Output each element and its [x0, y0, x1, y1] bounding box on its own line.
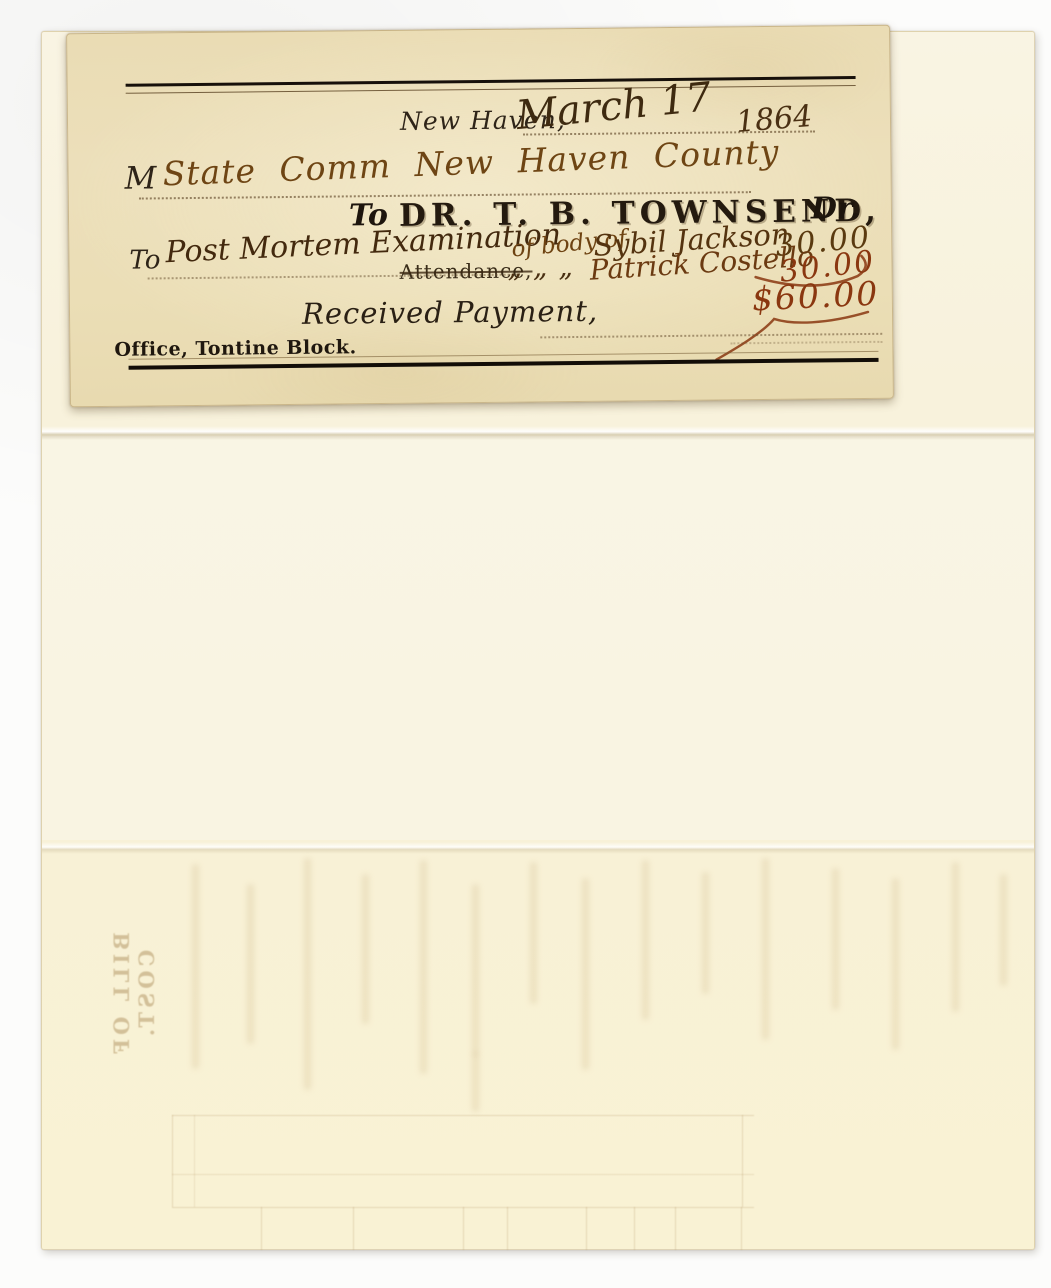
scanned-document: BILL OF COST.: [0, 0, 1051, 1288]
bleed-smudge: [702, 872, 709, 994]
bleed-table-tick: [586, 1207, 587, 1250]
bleed-smudge: [952, 862, 959, 1012]
bleed-smudge: [362, 874, 369, 1024]
item-to-word: To: [129, 247, 160, 273]
bleed-table-tick: [634, 1207, 635, 1250]
signature-dotted-line-2: [730, 341, 882, 345]
sheet-bottom-panel: [42, 850, 1034, 1249]
bleed-smudge: [192, 864, 199, 1069]
sheet-middle-panel: [42, 436, 1034, 840]
ditto-marks: „ „ „: [507, 253, 573, 282]
bleed-smudge: [582, 878, 589, 1070]
bleed-smudge: [247, 884, 254, 1044]
bleed-smudge: [304, 858, 311, 1090]
dr-abbrev: Dr.: [811, 194, 861, 225]
bleed-table-tick: [353, 1207, 354, 1250]
bleed-table-line: [172, 1174, 754, 1175]
bleed-table-line: [742, 1115, 743, 1207]
bleed-table-tick: [675, 1207, 676, 1250]
bleed-smudge: [530, 862, 537, 1004]
fold-crease: [42, 842, 1034, 854]
bleed-smudge: [892, 878, 899, 1050]
handwritten-addressee: State Comm New Haven County: [162, 135, 780, 191]
bleed-smudge: [642, 860, 649, 1020]
bleed-table-tick: [261, 1207, 262, 1250]
signature-dotted-line: [540, 333, 882, 339]
bleed-table-tick: [507, 1207, 508, 1250]
bleed-smudge: [420, 860, 427, 1074]
addressee-prefix: M: [124, 163, 156, 194]
bleed-table-line: [194, 1115, 195, 1207]
bleed-smudge: [1000, 874, 1007, 986]
bleed-table-line: [172, 1115, 173, 1207]
bleedthrough-title: BILL OF COST.: [109, 885, 139, 1105]
bleed-smudge: [472, 1052, 479, 1112]
bleed-smudge: [832, 868, 839, 1010]
bleed-smudge: [762, 858, 769, 1040]
bleed-table-line: [172, 1115, 754, 1116]
bleed-table-tick: [741, 1207, 742, 1250]
fold-crease: [42, 426, 1034, 440]
receipt-card: New Haven, March 17 1864 M State Comm Ne…: [66, 25, 894, 408]
bleed-smudge: [472, 884, 479, 1056]
received-payment-label: Received Payment,: [302, 297, 598, 329]
bleed-table-tick: [463, 1207, 464, 1250]
top-rule: [126, 76, 856, 94]
handwritten-total: $60.00: [751, 277, 880, 316]
